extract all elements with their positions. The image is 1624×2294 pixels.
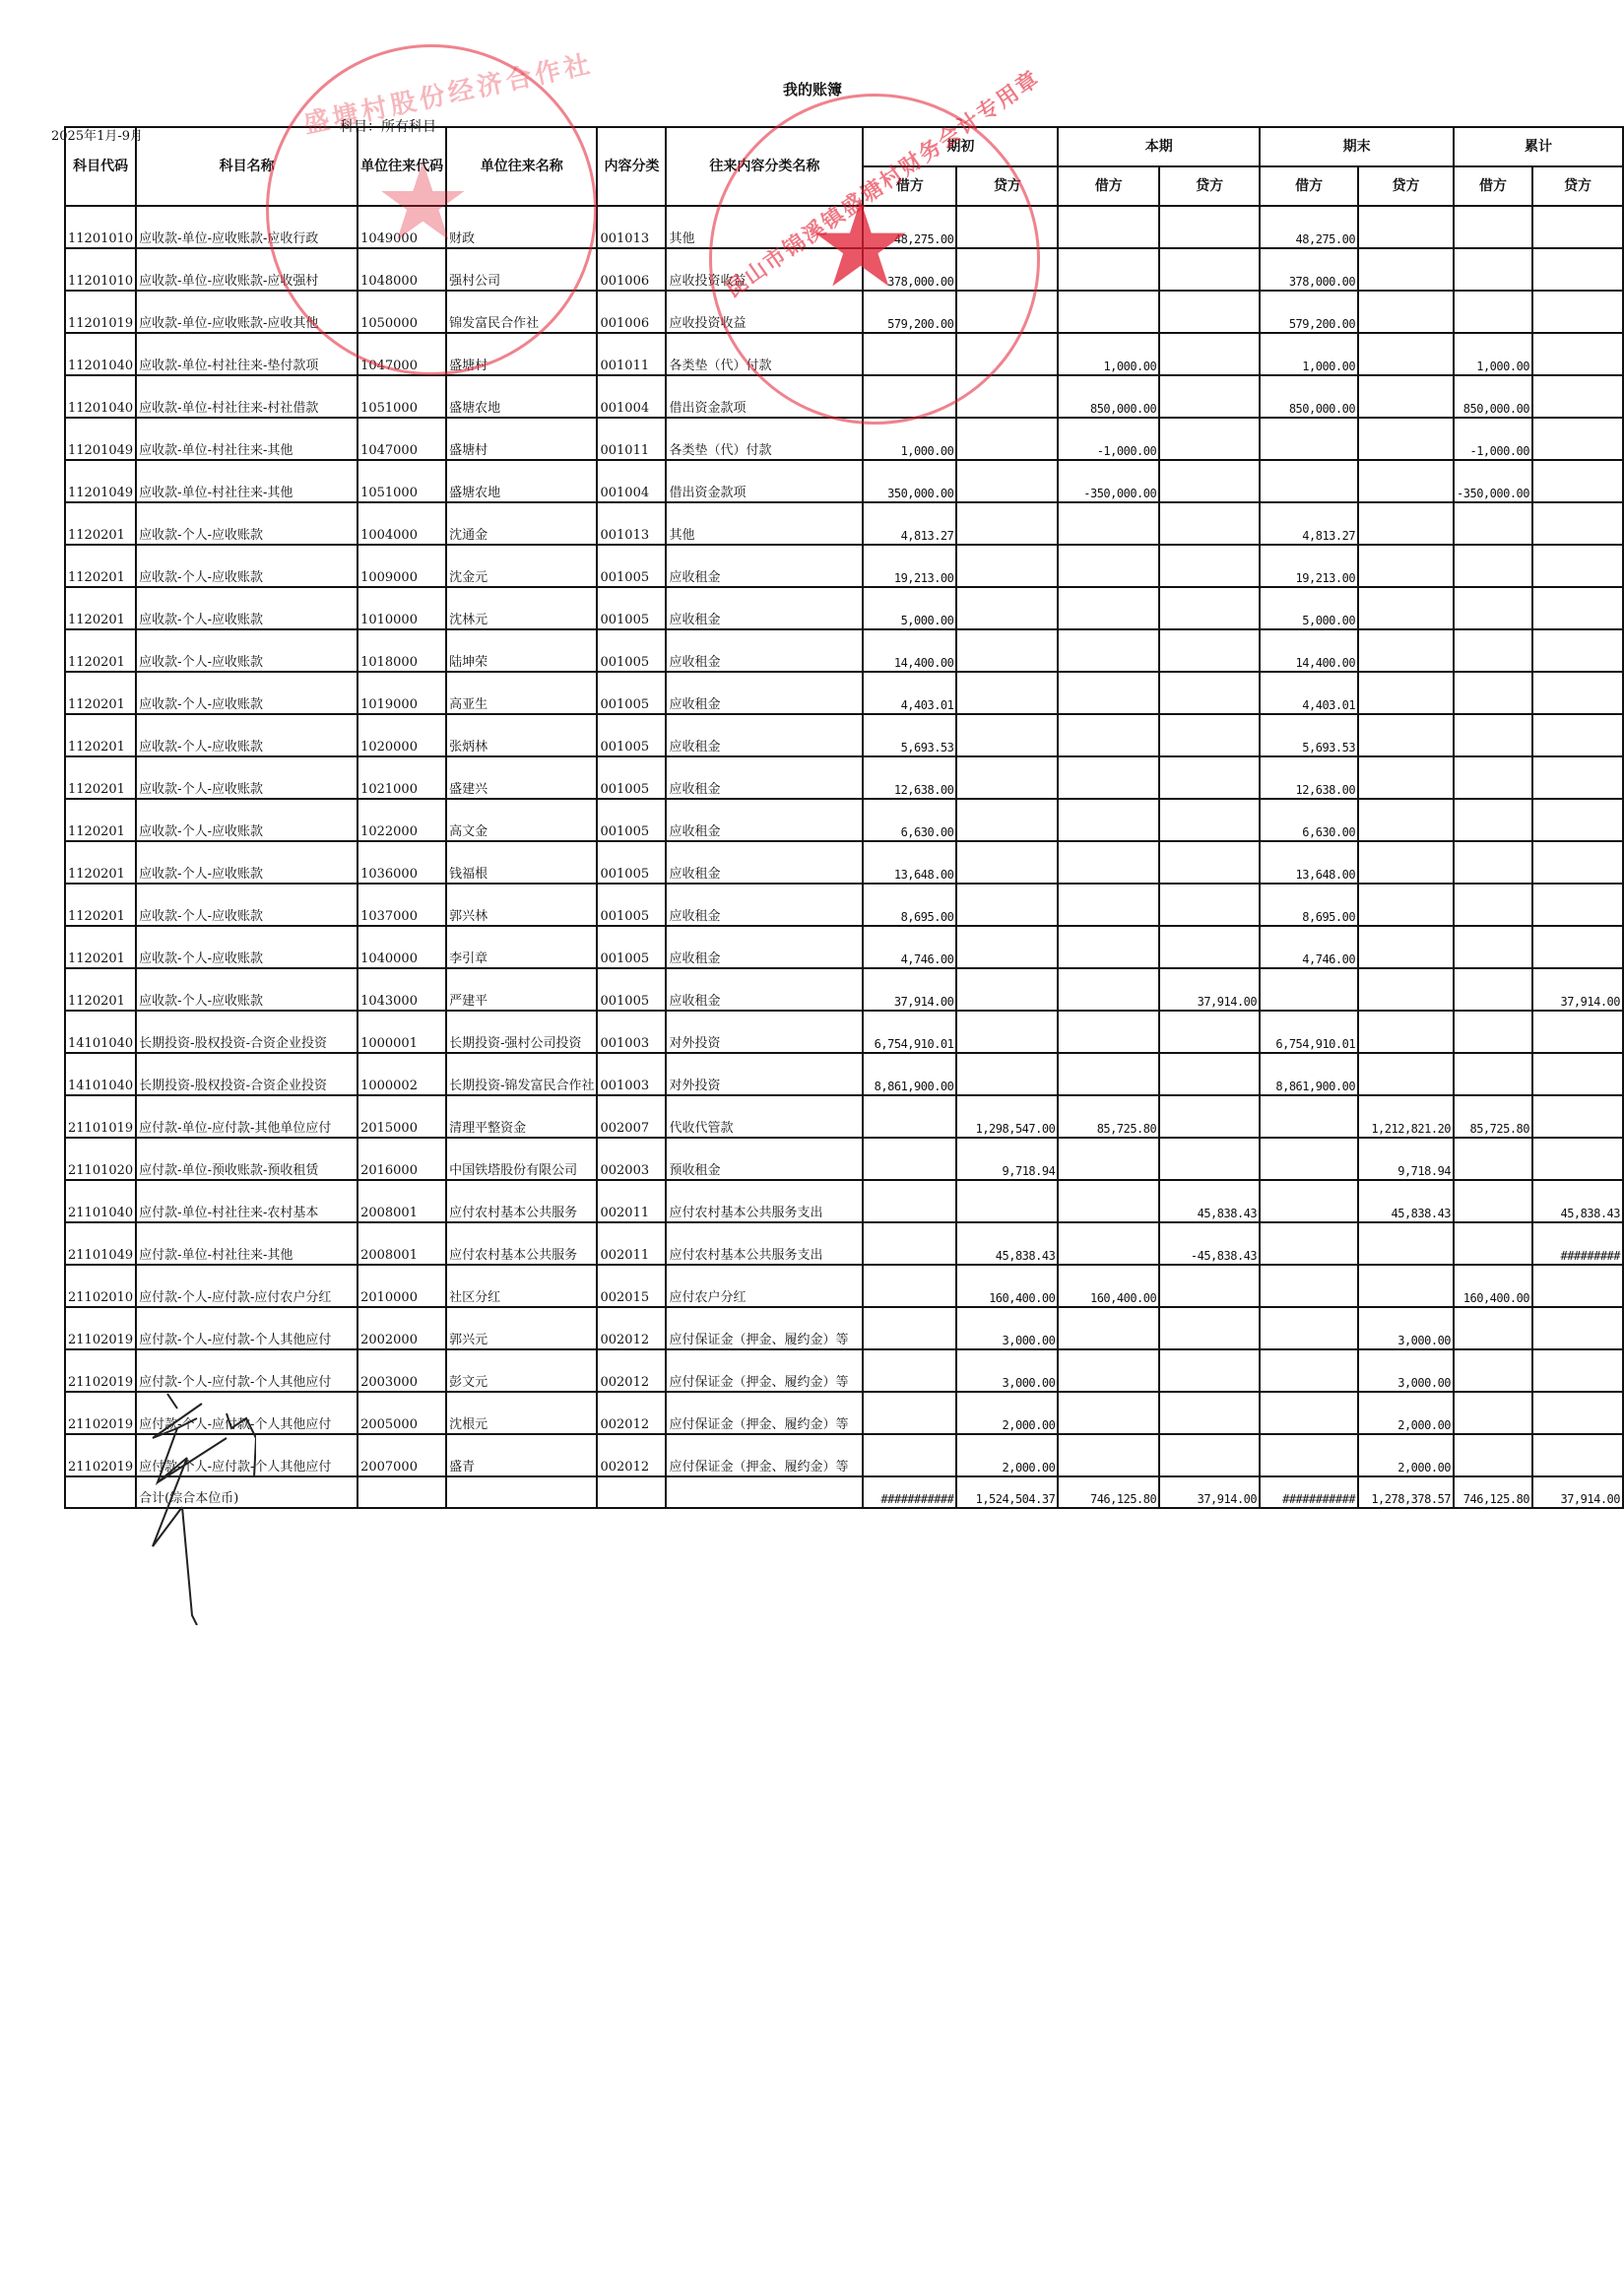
table-row: 21102019应付款-个人-应付款-个人其他应付2005000沈根元00201… bbox=[65, 1392, 1623, 1434]
opening-debit-cell: 5,693.53 bbox=[863, 714, 956, 756]
unit-name-cell: 盛塘农地 bbox=[446, 460, 597, 502]
account-name-cell: 应付款-单位-预收账款-预收租赁 bbox=[136, 1138, 357, 1180]
cumulative-credit-cell bbox=[1532, 926, 1623, 968]
account-name-cell: 应收款-个人-应收账款 bbox=[136, 799, 357, 841]
ending-credit-cell bbox=[1358, 248, 1454, 291]
unit-name-cell: 应付农村基本公共服务 bbox=[446, 1222, 597, 1265]
content-category-name-cell: 应收租金 bbox=[666, 799, 863, 841]
opening-credit-cell bbox=[956, 672, 1058, 714]
account-code-cell: 11201049 bbox=[65, 418, 136, 460]
unit-name-cell: 郭兴元 bbox=[446, 1307, 597, 1349]
account-code-cell: 1120201 bbox=[65, 545, 136, 587]
unit-code-cell: 1040000 bbox=[357, 926, 446, 968]
unit-code-cell: 2016000 bbox=[357, 1138, 446, 1180]
cumulative-debit-cell bbox=[1454, 968, 1532, 1011]
content-category-cell: 001005 bbox=[597, 672, 666, 714]
cumulative-credit-cell bbox=[1532, 714, 1623, 756]
account-name-cell: 应收款-单位-村社往来-垫付款项 bbox=[136, 333, 357, 375]
account-code-cell: 21102019 bbox=[65, 1349, 136, 1392]
content-category-name-cell: 应付保证金（押金、履约金）等 bbox=[666, 1307, 863, 1349]
current-credit-header: 贷方 bbox=[1159, 166, 1260, 206]
ending-debit-cell bbox=[1260, 1392, 1358, 1434]
unit-name-cell: 盛青 bbox=[446, 1434, 597, 1476]
account-code-cell: 1120201 bbox=[65, 926, 136, 968]
content-category-name-cell: 应付保证金（押金、履约金）等 bbox=[666, 1434, 863, 1476]
cumulative-debit-cell bbox=[1454, 206, 1532, 248]
ending-credit-cell bbox=[1358, 291, 1454, 333]
ending-debit-cell bbox=[1260, 1307, 1358, 1349]
account-code-cell: 1120201 bbox=[65, 714, 136, 756]
content-category-cell: 001003 bbox=[597, 1053, 666, 1095]
opening-credit-cell: 1,298,547.00 bbox=[956, 1095, 1058, 1138]
ending-debit-cell: 6,630.00 bbox=[1260, 799, 1358, 841]
group-current: 本期 bbox=[1058, 127, 1260, 166]
account-code-cell: 21101019 bbox=[65, 1095, 136, 1138]
table-row: 21101019应付款-单位-应付款-其他单位应付2015000清理平整资金00… bbox=[65, 1095, 1623, 1138]
account-name-cell: 应收款-单位-应收账款-应收强村 bbox=[136, 248, 357, 291]
unit-code-cell: 2010000 bbox=[357, 1265, 446, 1307]
current-credit-cell bbox=[1159, 1392, 1260, 1434]
content-category-cell: 001011 bbox=[597, 418, 666, 460]
cumulative-debit-cell bbox=[1454, 587, 1532, 629]
account-name-cell: 应付款-单位-应付款-其他单位应付 bbox=[136, 1095, 357, 1138]
unit-name-cell: 高文金 bbox=[446, 799, 597, 841]
account-name-cell: 长期投资-股权投资-合资企业投资 bbox=[136, 1011, 357, 1053]
ledger-body: 11201010应收款-单位-应收账款-应收行政1049000财政001013其… bbox=[65, 206, 1623, 1476]
content-category-name-cell: 应收租金 bbox=[666, 756, 863, 799]
table-row: 1120201应收款-个人-应收账款1040000李引章001005应收租金4,… bbox=[65, 926, 1623, 968]
cumulative-credit-cell bbox=[1532, 1265, 1623, 1307]
table-row: 1120201应收款-个人-应收账款1020000张炳林001005应收租金5,… bbox=[65, 714, 1623, 756]
cumulative-debit-cell bbox=[1454, 1349, 1532, 1392]
total-empty-cell bbox=[446, 1476, 597, 1508]
total-current-credit: 37,914.00 bbox=[1159, 1476, 1260, 1508]
total-ending-credit: 1,278,378.57 bbox=[1358, 1476, 1454, 1508]
content-category-cell: 002012 bbox=[597, 1307, 666, 1349]
current-credit-cell bbox=[1159, 1011, 1260, 1053]
content-category-name-cell: 应收租金 bbox=[666, 587, 863, 629]
current-debit-cell bbox=[1058, 1138, 1159, 1180]
account-name-cell: 应收款-单位-村社往来-村社借款 bbox=[136, 375, 357, 418]
ending-credit-cell bbox=[1358, 926, 1454, 968]
cumulative-debit-cell: -1,000.00 bbox=[1454, 418, 1532, 460]
opening-debit-cell: 5,000.00 bbox=[863, 587, 956, 629]
col-content-category-name: 往来内容分类名称 bbox=[666, 127, 863, 206]
opening-debit-cell: 13,648.00 bbox=[863, 841, 956, 884]
opening-credit-cell: 9,718.94 bbox=[956, 1138, 1058, 1180]
account-name-cell: 应收款-个人-应收账款 bbox=[136, 545, 357, 587]
table-row: 1120201应收款-个人-应收账款1021000盛建兴001005应收租金12… bbox=[65, 756, 1623, 799]
account-code-cell: 11201010 bbox=[65, 248, 136, 291]
cumulative-credit-cell bbox=[1532, 460, 1623, 502]
cumulative-credit-cell bbox=[1532, 841, 1623, 884]
content-category-cell: 001011 bbox=[597, 333, 666, 375]
account-name-cell: 应收款-个人-应收账款 bbox=[136, 884, 357, 926]
cumulative-debit-cell: 1,000.00 bbox=[1454, 333, 1532, 375]
unit-code-cell: 1018000 bbox=[357, 629, 446, 672]
account-code-cell: 1120201 bbox=[65, 884, 136, 926]
opening-credit-cell bbox=[956, 375, 1058, 418]
account-name-cell: 应收款-单位-村社往来-其他 bbox=[136, 460, 357, 502]
cumulative-credit-cell bbox=[1532, 375, 1623, 418]
opening-debit-cell bbox=[863, 1392, 956, 1434]
account-name-cell: 应付款-个人-应付款-个人其他应付 bbox=[136, 1307, 357, 1349]
ending-debit-cell: 4,403.01 bbox=[1260, 672, 1358, 714]
cumulative-credit-cell bbox=[1532, 1349, 1623, 1392]
account-name-cell: 应付款-个人-应付款-个人其他应付 bbox=[136, 1349, 357, 1392]
cumulative-debit-cell bbox=[1454, 884, 1532, 926]
content-category-name-cell: 代收代管款 bbox=[666, 1095, 863, 1138]
opening-credit-cell bbox=[956, 333, 1058, 375]
unit-code-cell: 1051000 bbox=[357, 460, 446, 502]
cumulative-debit-cell bbox=[1454, 926, 1532, 968]
unit-name-cell: 锦发富民合作社 bbox=[446, 291, 597, 333]
col-unit-code: 单位往来代码 bbox=[357, 127, 446, 206]
account-name-cell: 应付款-单位-村社往来-农村基本 bbox=[136, 1180, 357, 1222]
opening-credit-cell bbox=[956, 248, 1058, 291]
unit-code-cell: 2003000 bbox=[357, 1349, 446, 1392]
opening-credit-cell: 160,400.00 bbox=[956, 1265, 1058, 1307]
cumulative-credit-cell bbox=[1532, 333, 1623, 375]
ending-credit-cell: 1,212,821.20 bbox=[1358, 1095, 1454, 1138]
content-category-cell: 002011 bbox=[597, 1180, 666, 1222]
cumulative-credit-cell bbox=[1532, 545, 1623, 587]
table-row: 1120201应收款-个人-应收账款1037000郭兴林001005应收租金8,… bbox=[65, 884, 1623, 926]
table-row: 21102019应付款-个人-应付款-个人其他应付2002000郭兴元00201… bbox=[65, 1307, 1623, 1349]
content-category-cell: 001004 bbox=[597, 460, 666, 502]
current-debit-cell bbox=[1058, 926, 1159, 968]
opening-credit-header: 贷方 bbox=[956, 166, 1058, 206]
cumulative-credit-cell bbox=[1532, 1392, 1623, 1434]
total-opening-debit: ########### bbox=[863, 1476, 956, 1508]
unit-name-cell: 沈金元 bbox=[446, 545, 597, 587]
current-credit-cell bbox=[1159, 926, 1260, 968]
account-code-cell: 21102019 bbox=[65, 1434, 136, 1476]
ending-debit-cell: 14,400.00 bbox=[1260, 629, 1358, 672]
cumulative-debit-cell bbox=[1454, 672, 1532, 714]
current-debit-cell bbox=[1058, 1011, 1159, 1053]
cumulative-credit-cell bbox=[1532, 291, 1623, 333]
current-debit-cell: -1,000.00 bbox=[1058, 418, 1159, 460]
opening-debit-cell: 4,746.00 bbox=[863, 926, 956, 968]
ending-debit-cell: 13,648.00 bbox=[1260, 841, 1358, 884]
ending-debit-cell: 5,000.00 bbox=[1260, 587, 1358, 629]
table-row: 21102019应付款-个人-应付款-个人其他应付2003000彭文元00201… bbox=[65, 1349, 1623, 1392]
total-empty-cell bbox=[357, 1476, 446, 1508]
unit-code-cell: 1010000 bbox=[357, 587, 446, 629]
unit-code-cell: 1043000 bbox=[357, 968, 446, 1011]
cumulative-debit-cell bbox=[1454, 841, 1532, 884]
content-category-name-cell: 应付保证金（押金、履约金）等 bbox=[666, 1392, 863, 1434]
current-credit-cell bbox=[1159, 1053, 1260, 1095]
unit-code-cell: 1048000 bbox=[357, 248, 446, 291]
content-category-cell: 001005 bbox=[597, 799, 666, 841]
account-code-cell: 1120201 bbox=[65, 629, 136, 672]
ending-debit-cell bbox=[1260, 1095, 1358, 1138]
ending-debit-cell bbox=[1260, 1349, 1358, 1392]
account-code-cell: 1120201 bbox=[65, 799, 136, 841]
ending-debit-header: 借方 bbox=[1260, 166, 1358, 206]
unit-code-cell: 1051000 bbox=[357, 375, 446, 418]
current-debit-cell bbox=[1058, 1349, 1159, 1392]
unit-code-cell: 1009000 bbox=[357, 545, 446, 587]
cumulative-debit-cell bbox=[1454, 1138, 1532, 1180]
ending-credit-cell bbox=[1358, 884, 1454, 926]
cumulative-debit-cell bbox=[1454, 502, 1532, 545]
cumulative-credit-cell bbox=[1532, 1138, 1623, 1180]
cumulative-debit-cell bbox=[1454, 1222, 1532, 1265]
ending-debit-cell: 4,746.00 bbox=[1260, 926, 1358, 968]
table-row: 21101049应付款-单位-村社往来-其他2008001应付农村基本公共服务0… bbox=[65, 1222, 1623, 1265]
account-name-cell: 应收款-个人-应收账款 bbox=[136, 629, 357, 672]
ending-credit-cell bbox=[1358, 672, 1454, 714]
account-code-cell: 11201040 bbox=[65, 375, 136, 418]
ending-credit-cell: 2,000.00 bbox=[1358, 1392, 1454, 1434]
opening-credit-cell bbox=[956, 1011, 1058, 1053]
unit-name-cell: 沈根元 bbox=[446, 1392, 597, 1434]
current-debit-cell: 850,000.00 bbox=[1058, 375, 1159, 418]
table-row: 14101040长期投资-股权投资-合资企业投资1000001长期投资-强村公司… bbox=[65, 1011, 1623, 1053]
current-debit-cell bbox=[1058, 1307, 1159, 1349]
account-code-cell: 1120201 bbox=[65, 756, 136, 799]
account-name-cell: 应收款-个人-应收账款 bbox=[136, 587, 357, 629]
account-code-cell: 11201010 bbox=[65, 206, 136, 248]
unit-code-cell: 1000002 bbox=[357, 1053, 446, 1095]
unit-name-cell: 张炳林 bbox=[446, 714, 597, 756]
current-credit-cell bbox=[1159, 841, 1260, 884]
current-credit-cell bbox=[1159, 248, 1260, 291]
opening-debit-cell bbox=[863, 1095, 956, 1138]
cumulative-debit-header: 借方 bbox=[1454, 166, 1532, 206]
content-category-name-cell: 借出资金款项 bbox=[666, 375, 863, 418]
group-cumulative: 累计 bbox=[1454, 127, 1623, 166]
ending-debit-cell bbox=[1260, 460, 1358, 502]
col-unit-name: 单位往来名称 bbox=[446, 127, 597, 206]
content-category-name-cell: 预收租金 bbox=[666, 1138, 863, 1180]
current-debit-cell: 160,400.00 bbox=[1058, 1265, 1159, 1307]
account-name-cell: 应收款-个人-应收账款 bbox=[136, 841, 357, 884]
opening-credit-cell bbox=[956, 756, 1058, 799]
opening-credit-cell bbox=[956, 884, 1058, 926]
ending-credit-cell bbox=[1358, 714, 1454, 756]
current-debit-header: 借方 bbox=[1058, 166, 1159, 206]
cumulative-credit-cell bbox=[1532, 418, 1623, 460]
unit-code-cell: 1037000 bbox=[357, 884, 446, 926]
ending-credit-cell bbox=[1358, 1265, 1454, 1307]
opening-credit-cell bbox=[956, 460, 1058, 502]
unit-code-cell: 1047000 bbox=[357, 333, 446, 375]
content-category-cell: 001005 bbox=[597, 587, 666, 629]
ending-debit-cell: 579,200.00 bbox=[1260, 291, 1358, 333]
cumulative-debit-cell bbox=[1454, 1392, 1532, 1434]
ending-debit-cell bbox=[1260, 1180, 1358, 1222]
opening-debit-cell: 4,813.27 bbox=[863, 502, 956, 545]
unit-code-cell: 1020000 bbox=[357, 714, 446, 756]
table-row: 1120201应收款-个人-应收账款1010000沈林元001005应收租金5,… bbox=[65, 587, 1623, 629]
content-category-name-cell: 应付农村基本公共服务支出 bbox=[666, 1222, 863, 1265]
content-category-cell: 002011 bbox=[597, 1222, 666, 1265]
content-category-cell: 001005 bbox=[597, 884, 666, 926]
unit-name-cell: 高亚生 bbox=[446, 672, 597, 714]
unit-name-cell: 钱福根 bbox=[446, 841, 597, 884]
unit-name-cell: 盛塘农地 bbox=[446, 375, 597, 418]
opening-credit-cell bbox=[956, 968, 1058, 1011]
opening-debit-cell: 6,630.00 bbox=[863, 799, 956, 841]
table-row: 11201010应收款-单位-应收账款-应收行政1049000财政001013其… bbox=[65, 206, 1623, 248]
cumulative-debit-cell bbox=[1454, 756, 1532, 799]
cumulative-credit-header: 贷方 bbox=[1532, 166, 1623, 206]
unit-name-cell: 应付农村基本公共服务 bbox=[446, 1180, 597, 1222]
account-code-cell: 1120201 bbox=[65, 841, 136, 884]
ending-debit-cell: 6,754,910.01 bbox=[1260, 1011, 1358, 1053]
current-credit-cell bbox=[1159, 714, 1260, 756]
ending-debit-cell: 4,813.27 bbox=[1260, 502, 1358, 545]
cumulative-debit-cell bbox=[1454, 1434, 1532, 1476]
content-category-name-cell: 应收租金 bbox=[666, 629, 863, 672]
current-debit-cell bbox=[1058, 1053, 1159, 1095]
total-ending-debit: ########### bbox=[1260, 1476, 1358, 1508]
account-code-cell: 11201049 bbox=[65, 460, 136, 502]
unit-name-cell: 彭文元 bbox=[446, 1349, 597, 1392]
account-code-cell: 21101049 bbox=[65, 1222, 136, 1265]
ending-credit-cell: 2,000.00 bbox=[1358, 1434, 1454, 1476]
account-name-cell: 应付款-个人-应付款-应付农户分红 bbox=[136, 1265, 357, 1307]
table-row: 1120201应收款-个人-应收账款1036000钱福根001005应收租金13… bbox=[65, 841, 1623, 884]
content-category-cell: 002007 bbox=[597, 1095, 666, 1138]
content-category-cell: 001005 bbox=[597, 629, 666, 672]
ending-credit-cell bbox=[1358, 460, 1454, 502]
account-code-cell: 1120201 bbox=[65, 968, 136, 1011]
content-category-name-cell: 对外投资 bbox=[666, 1011, 863, 1053]
account-name-cell: 应收款-单位-应收账款-应收其他 bbox=[136, 291, 357, 333]
current-debit-cell bbox=[1058, 714, 1159, 756]
content-category-cell: 001013 bbox=[597, 206, 666, 248]
current-debit-cell: 85,725.80 bbox=[1058, 1095, 1159, 1138]
content-category-name-cell: 应收投资收益 bbox=[666, 248, 863, 291]
ending-debit-cell: 378,000.00 bbox=[1260, 248, 1358, 291]
ending-credit-cell bbox=[1358, 502, 1454, 545]
page-title: 我的账簿 bbox=[758, 79, 867, 99]
unit-name-cell: 财政 bbox=[446, 206, 597, 248]
account-code-cell: 21102010 bbox=[65, 1265, 136, 1307]
unit-code-cell: 1047000 bbox=[357, 418, 446, 460]
opening-credit-cell bbox=[956, 926, 1058, 968]
unit-name-cell: 盛建兴 bbox=[446, 756, 597, 799]
current-debit-cell bbox=[1058, 672, 1159, 714]
account-code-cell: 21102019 bbox=[65, 1392, 136, 1434]
content-category-name-cell: 应收租金 bbox=[666, 884, 863, 926]
content-category-name-cell: 应收租金 bbox=[666, 672, 863, 714]
ending-credit-header: 贷方 bbox=[1358, 166, 1454, 206]
opening-debit-cell: 8,861,900.00 bbox=[863, 1053, 956, 1095]
content-category-cell: 001006 bbox=[597, 248, 666, 291]
account-name-cell: 应收款-个人-应收账款 bbox=[136, 714, 357, 756]
opening-credit-cell: 3,000.00 bbox=[956, 1307, 1058, 1349]
opening-debit-cell: 48,275.00 bbox=[863, 206, 956, 248]
cumulative-debit-cell bbox=[1454, 629, 1532, 672]
table-row: 21101040应付款-单位-村社往来-农村基本2008001应付农村基本公共服… bbox=[65, 1180, 1623, 1222]
current-debit-cell bbox=[1058, 1180, 1159, 1222]
opening-debit-cell: 378,000.00 bbox=[863, 248, 956, 291]
content-category-name-cell: 各类垫（代）付款 bbox=[666, 333, 863, 375]
cumulative-credit-cell bbox=[1532, 502, 1623, 545]
current-debit-cell bbox=[1058, 502, 1159, 545]
ending-credit-cell bbox=[1358, 799, 1454, 841]
unit-code-cell: 2015000 bbox=[357, 1095, 446, 1138]
opening-credit-cell: 3,000.00 bbox=[956, 1349, 1058, 1392]
current-debit-cell bbox=[1058, 1434, 1159, 1476]
ending-debit-cell: 5,693.53 bbox=[1260, 714, 1358, 756]
unit-name-cell: 沈林元 bbox=[446, 587, 597, 629]
opening-debit-cell bbox=[863, 1180, 956, 1222]
content-category-cell: 001005 bbox=[597, 545, 666, 587]
current-credit-cell bbox=[1159, 1434, 1260, 1476]
content-category-cell: 002015 bbox=[597, 1265, 666, 1307]
content-category-name-cell: 各类垫（代）付款 bbox=[666, 418, 863, 460]
total-empty-cell bbox=[666, 1476, 863, 1508]
opening-debit-cell: 12,638.00 bbox=[863, 756, 956, 799]
cumulative-credit-cell: 37,914.00 bbox=[1532, 968, 1623, 1011]
opening-debit-cell: 19,213.00 bbox=[863, 545, 956, 587]
group-ending: 期末 bbox=[1260, 127, 1454, 166]
table-row: 14101040长期投资-股权投资-合资企业投资1000002长期投资-锦发富民… bbox=[65, 1053, 1623, 1095]
current-credit-cell bbox=[1159, 629, 1260, 672]
total-code-cell bbox=[65, 1476, 136, 1508]
unit-name-cell: 李引章 bbox=[446, 926, 597, 968]
ending-credit-cell bbox=[1358, 587, 1454, 629]
ending-debit-cell: 8,861,900.00 bbox=[1260, 1053, 1358, 1095]
opening-debit-cell bbox=[863, 1222, 956, 1265]
ending-credit-cell bbox=[1358, 333, 1454, 375]
ending-credit-cell bbox=[1358, 629, 1454, 672]
current-credit-cell bbox=[1159, 206, 1260, 248]
ending-debit-cell: 850,000.00 bbox=[1260, 375, 1358, 418]
content-category-name-cell: 借出资金款项 bbox=[666, 460, 863, 502]
current-credit-cell bbox=[1159, 1138, 1260, 1180]
current-credit-cell bbox=[1159, 291, 1260, 333]
cumulative-credit-cell: ######### bbox=[1532, 1222, 1623, 1265]
table-row: 11201040应收款-单位-村社往来-垫付款项1047000盛塘村001011… bbox=[65, 333, 1623, 375]
cumulative-credit-cell bbox=[1532, 587, 1623, 629]
cumulative-debit-cell bbox=[1454, 1307, 1532, 1349]
cumulative-debit-cell bbox=[1454, 291, 1532, 333]
opening-credit-cell: 45,838.43 bbox=[956, 1222, 1058, 1265]
current-debit-cell bbox=[1058, 884, 1159, 926]
account-name-cell: 应收款-个人-应收账款 bbox=[136, 756, 357, 799]
ending-credit-cell bbox=[1358, 375, 1454, 418]
table-row: 1120201应收款-个人-应收账款1022000高文金001005应收租金6,… bbox=[65, 799, 1623, 841]
ending-debit-cell bbox=[1260, 1138, 1358, 1180]
table-row: 1120201应收款-个人-应收账款1018000陆坤荣001005应收租金14… bbox=[65, 629, 1623, 672]
content-category-cell: 002012 bbox=[597, 1349, 666, 1392]
table-row: 11201049应收款-单位-村社往来-其他1051000盛塘农地001004借… bbox=[65, 460, 1623, 502]
ending-debit-cell: 19,213.00 bbox=[1260, 545, 1358, 587]
cumulative-debit-cell: 85,725.80 bbox=[1454, 1095, 1532, 1138]
content-category-cell: 002003 bbox=[597, 1138, 666, 1180]
opening-debit-cell bbox=[863, 1434, 956, 1476]
account-code-cell: 11201040 bbox=[65, 333, 136, 375]
cumulative-credit-cell bbox=[1532, 756, 1623, 799]
content-category-name-cell: 应付农村基本公共服务支出 bbox=[666, 1180, 863, 1222]
current-credit-cell bbox=[1159, 672, 1260, 714]
opening-debit-cell bbox=[863, 1138, 956, 1180]
total-cumulative-debit: 746,125.80 bbox=[1454, 1476, 1532, 1508]
account-name-cell: 应收款-个人-应收账款 bbox=[136, 502, 357, 545]
ending-credit-cell bbox=[1358, 968, 1454, 1011]
unit-name-cell: 长期投资-锦发富民合作社 bbox=[446, 1053, 597, 1095]
content-category-cell: 001005 bbox=[597, 756, 666, 799]
opening-debit-cell: 579,200.00 bbox=[863, 291, 956, 333]
